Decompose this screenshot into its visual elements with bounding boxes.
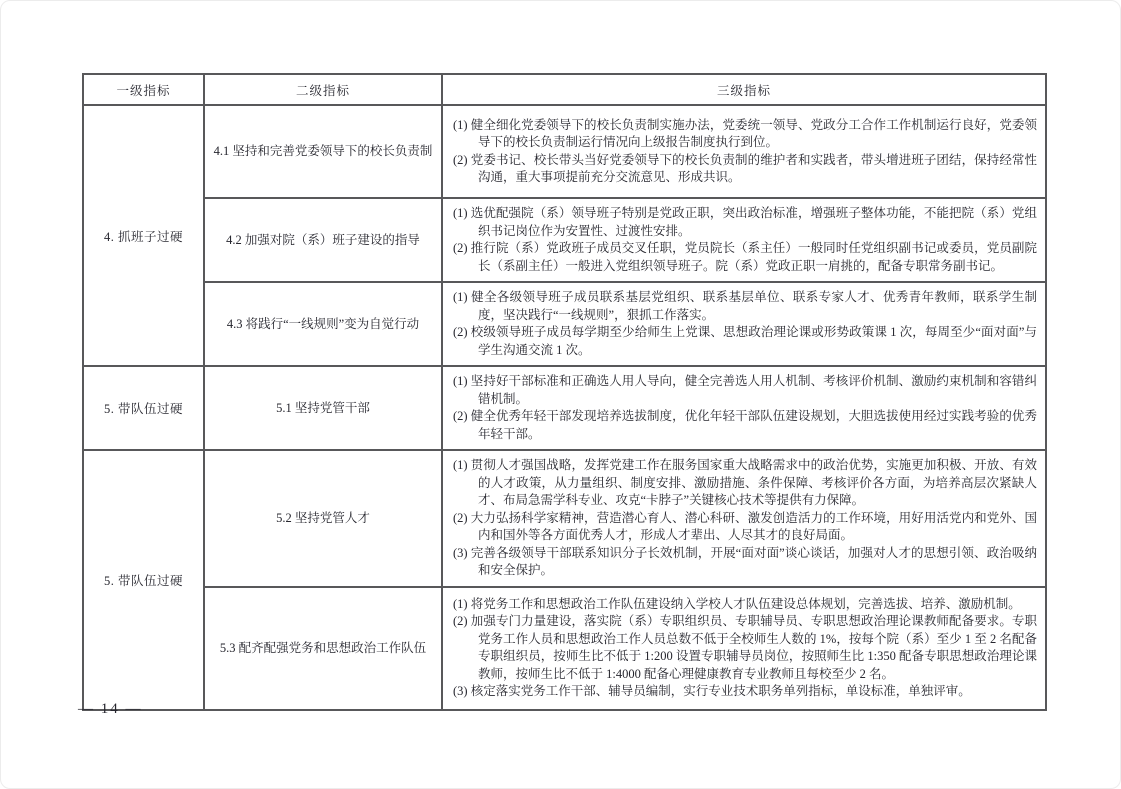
indicator-item: (1) 坚持好干部标准和正确选人用人导向，健全完善选人用人机制、考核评价机制、激…: [453, 373, 1037, 408]
indicator-item: (1) 健全细化党委领导下的校长负责制实施办法，党委统一领导、党政分工合作工作机…: [453, 117, 1037, 152]
level2-cell-5-2: 5.2 坚持党管人才: [204, 450, 442, 587]
level3-cell-4-3: (1) 健全各级领导班子成员联系基层党组织、联系基层单位、联系专家人才、优秀青年…: [442, 282, 1046, 366]
indicator-item: (2) 大力弘扬科学家精神，营造潜心育人、潜心科研、激发创造活力的工作环境，用好…: [453, 510, 1037, 545]
indicator-item: (2) 健全优秀年轻干部发现培养选拔制度，优化年轻干部队伍建设规划，大胆选拔使用…: [453, 408, 1037, 443]
indicator-item: (2) 推行院（系）党政班子成员交叉任职，党员院长（系主任）一般同时任党组织副书…: [453, 240, 1037, 275]
indicator-table: 一级指标 二级指标 三级指标 4. 抓班子过硬 4.1 坚持和完善党委领导下的校…: [82, 73, 1047, 711]
level1-cell-group5b: 5. 带队伍过硬: [83, 450, 204, 710]
level3-cell-5-3: (1) 将党务工作和思想政治工作队伍建设纳入学校人才队伍建设总体规划，完善选拔、…: [442, 587, 1046, 710]
table-row-5-2: 5. 带队伍过硬 5.2 坚持党管人才 (1) 贯彻人才强国战略，发挥党建工作在…: [83, 450, 1046, 587]
indicator-item: (3) 完善各级领导干部联系知识分子长效机制，开展“面对面”谈心谈话，加强对人才…: [453, 545, 1037, 580]
level3-cell-5-2: (1) 贯彻人才强国战略，发挥党建工作在服务国家重大战略需求中的政治优势，实施更…: [442, 450, 1046, 587]
table-row-5-3: 5.3 配齐配强党务和思想政治工作队伍 (1) 将党务工作和思想政治工作队伍建设…: [83, 587, 1046, 710]
level1-cell-group5a: 5. 带队伍过硬: [83, 366, 204, 450]
document-page: 一级指标 二级指标 三级指标 4. 抓班子过硬 4.1 坚持和完善党委领导下的校…: [0, 0, 1121, 789]
level2-cell-4-3: 4.3 将践行“一线规则”变为自觉行动: [204, 282, 442, 366]
level3-cell-5-1: (1) 坚持好干部标准和正确选人用人导向，健全完善选人用人机制、考核评价机制、激…: [442, 366, 1046, 450]
table-row-4-1: 4. 抓班子过硬 4.1 坚持和完善党委领导下的校长负责制 (1) 健全细化党委…: [83, 105, 1046, 198]
table-row-4-2: 4.2 加强对院（系）班子建设的指导 (1) 选优配强院（系）领导班子特别是党政…: [83, 198, 1046, 282]
indicator-item: (1) 贯彻人才强国战略，发挥党建工作在服务国家重大战略需求中的政治优势，实施更…: [453, 457, 1037, 510]
level3-cell-4-1: (1) 健全细化党委领导下的校长负责制实施办法，党委统一领导、党政分工合作工作机…: [442, 105, 1046, 198]
header-cell-level2: 二级指标: [204, 74, 442, 105]
indicator-item: (2) 党委书记、校长带头当好党委领导下的校长负责制的维护者和实践者，带头增进班…: [453, 152, 1037, 187]
table-row-4-3: 4.3 将践行“一线规则”变为自觉行动 (1) 健全各级领导班子成员联系基层党组…: [83, 282, 1046, 366]
indicator-item: (1) 选优配强院（系）领导班子特别是党政正职，突出政治标准，增强班子整体功能，…: [453, 205, 1037, 240]
indicator-item: (3) 核定落实党务工作干部、辅导员编制，实行专业技术职务单列指标，单设标准，单…: [453, 683, 1037, 701]
level1-cell-group4: 4. 抓班子过硬: [83, 105, 204, 366]
level2-cell-5-3: 5.3 配齐配强党务和思想政治工作队伍: [204, 587, 442, 710]
level2-cell-4-2: 4.2 加强对院（系）班子建设的指导: [204, 198, 442, 282]
header-cell-level1: 一级指标: [83, 74, 204, 105]
page-number: — 14 —: [78, 701, 143, 718]
table-header-row: 一级指标 二级指标 三级指标: [83, 74, 1046, 105]
indicator-item: (1) 将党务工作和思想政治工作队伍建设纳入学校人才队伍建设总体规划，完善选拔、…: [453, 596, 1037, 614]
table-row-5-1: 5. 带队伍过硬 5.1 坚持党管干部 (1) 坚持好干部标准和正确选人用人导向…: [83, 366, 1046, 450]
indicator-item: (1) 健全各级领导班子成员联系基层党组织、联系基层单位、联系专家人才、优秀青年…: [453, 289, 1037, 324]
level2-cell-4-1: 4.1 坚持和完善党委领导下的校长负责制: [204, 105, 442, 198]
level2-cell-5-1: 5.1 坚持党管干部: [204, 366, 442, 450]
header-cell-level3: 三级指标: [442, 74, 1046, 105]
indicator-item: (2) 校级领导班子成员每学期至少给师生上党课、思想政治理论课或形势政策课 1 …: [453, 324, 1037, 359]
indicator-item: (2) 加强专门力量建设，落实院（系）专职组织员、专职辅导员、专职思想政治理论课…: [453, 613, 1037, 683]
level3-cell-4-2: (1) 选优配强院（系）领导班子特别是党政正职，突出政治标准，增强班子整体功能，…: [442, 198, 1046, 282]
